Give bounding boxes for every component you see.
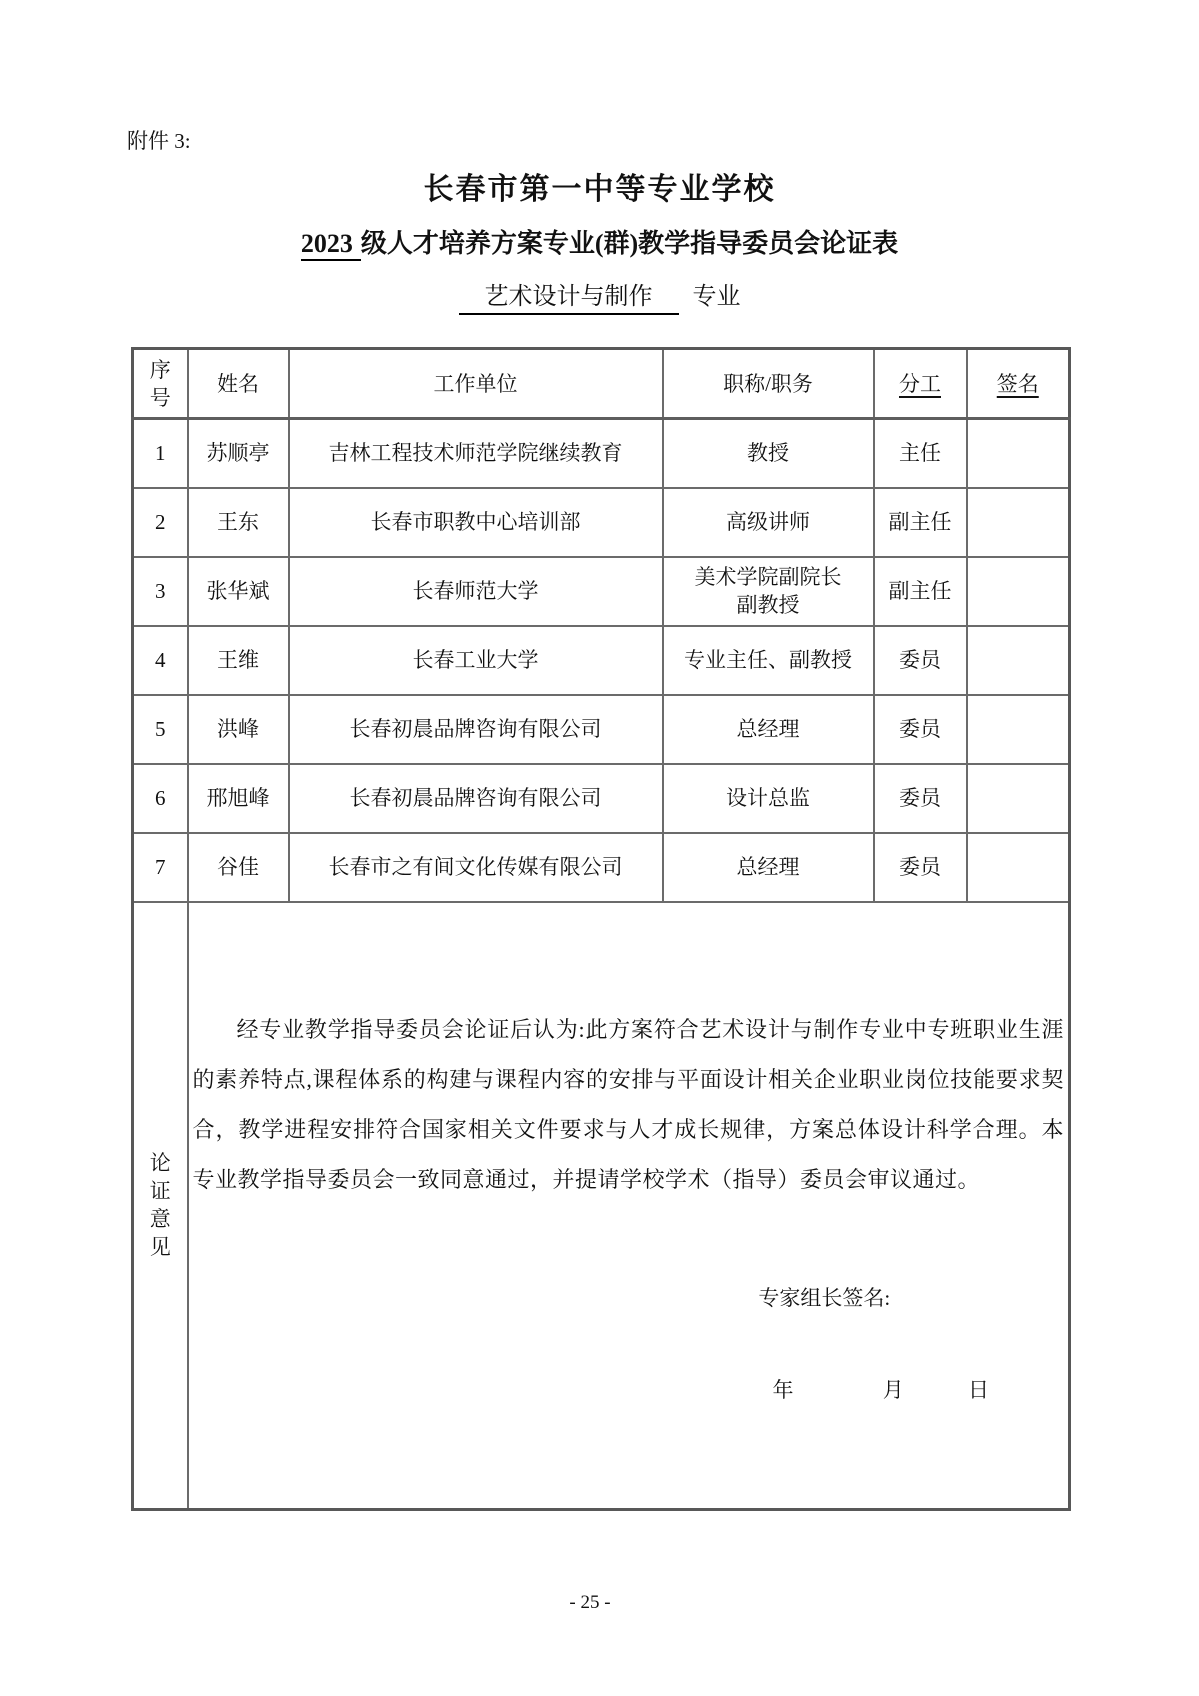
date-day-label: 日 [968, 1378, 989, 1402]
name-cell: 王维 [188, 626, 289, 695]
opinion-text: 经专业教学指导委员会论证后认为:此方案符合艺术设计与制作专业中专班职业生涯的素养… [193, 1005, 1065, 1205]
num-cell: 6 [133, 764, 188, 833]
subtitle-text: 级人才培养方案专业(群)教学指导委员会论证表 [361, 229, 898, 258]
header-signature-label: 签名 [997, 372, 1039, 396]
name-cell: 邢旭峰 [188, 764, 289, 833]
role-cell: 副主任 [874, 488, 967, 557]
header-unit: 工作单位 [289, 349, 663, 419]
document-page: 附件 3: 长春市第一中等专业学校 2023级人才培养方案专业(群)教学指导委员… [0, 0, 1199, 1696]
role-cell: 主任 [874, 419, 967, 488]
table-row: 1 苏顺亭 吉林工程技术师范学院继续教育 教授 主任 [133, 419, 1070, 488]
role-cell: 委员 [874, 695, 967, 764]
signature-cell [967, 833, 1070, 902]
expert-signature-label: 专家组长签名: [193, 1283, 1065, 1313]
page-number: - 25 - [0, 1592, 1180, 1614]
title-cell: 总经理 [663, 833, 874, 902]
table-row: 7 谷佳 长春市之有间文化传媒有限公司 总经理 委员 [133, 833, 1070, 902]
unit-cell: 长春初晨品牌咨询有限公司 [289, 764, 663, 833]
signature-cell [967, 488, 1070, 557]
title-cell: 教授 [663, 419, 874, 488]
table-row: 3 张华斌 长春师范大学 美术学院副院长 副教授 副主任 [133, 557, 1070, 626]
num-cell: 4 [133, 626, 188, 695]
header-num: 序 号 [133, 349, 188, 419]
num-cell: 5 [133, 695, 188, 764]
committee-table: 序 号 姓名 工作单位 职称/职务 分工 签名 1 苏顺亭 吉林工程技术师范学院… [131, 347, 1071, 1511]
table-row: 2 王东 长春市职教中心培训部 高级讲师 副主任 [133, 488, 1070, 557]
name-cell: 苏顺亭 [188, 419, 289, 488]
name-cell: 洪峰 [188, 695, 289, 764]
unit-cell: 长春市职教中心培训部 [289, 488, 663, 557]
role-cell: 委员 [874, 764, 967, 833]
unit-cell: 长春师范大学 [289, 557, 663, 626]
table-row: 5 洪峰 长春初晨品牌咨询有限公司 总经理 委员 [133, 695, 1070, 764]
name-cell: 谷佳 [188, 833, 289, 902]
title-cell: 总经理 [663, 695, 874, 764]
table-row: 6 邢旭峰 长春初晨品牌咨询有限公司 设计总监 委员 [133, 764, 1070, 833]
unit-cell: 长春初晨品牌咨询有限公司 [289, 695, 663, 764]
unit-cell: 吉林工程技术师范学院继续教育 [289, 419, 663, 488]
table-row: 4 王维 长春工业大学 专业主任、副教授 委员 [133, 626, 1070, 695]
header-signature: 签名 [967, 349, 1070, 419]
page-title: 长春市第一中等专业学校 [0, 170, 1199, 210]
num-cell: 2 [133, 488, 188, 557]
major-line: 艺术设计与制作专业 [0, 280, 1199, 314]
signature-cell [967, 695, 1070, 764]
role-cell: 委员 [874, 833, 967, 902]
num-cell: 3 [133, 557, 188, 626]
num-cell: 1 [133, 419, 188, 488]
name-cell: 王东 [188, 488, 289, 557]
doc-subtitle: 2023级人才培养方案专业(群)教学指导委员会论证表 [0, 226, 1199, 262]
header-role-label: 分工 [899, 372, 941, 396]
signature-cell [967, 419, 1070, 488]
role-cell: 委员 [874, 626, 967, 695]
signature-cell [967, 557, 1070, 626]
header-name: 姓名 [188, 349, 289, 419]
signature-cell [967, 764, 1070, 833]
date-year-label: 年 [773, 1378, 794, 1402]
role-cell: 副主任 [874, 557, 967, 626]
title-cell: 美术学院副院长 副教授 [663, 557, 874, 626]
opinion-content-cell: 经专业教学指导委员会论证后认为:此方案符合艺术设计与制作专业中专班职业生涯的素养… [188, 902, 1070, 1510]
signature-cell [967, 626, 1070, 695]
header-row: 序 号 姓名 工作单位 职称/职务 分工 签名 [133, 349, 1070, 419]
opinion-label: 论 证 意 见 [133, 902, 188, 1510]
name-cell: 张华斌 [188, 557, 289, 626]
major-name-underlined: 艺术设计与制作 [459, 284, 679, 315]
major-suffix: 专业 [693, 284, 741, 310]
title-cell: 专业主任、副教授 [663, 626, 874, 695]
subtitle-year-underlined: 2023 [301, 229, 361, 261]
date-line: 年 月 日 [193, 1375, 1065, 1405]
opinion-row: 论 证 意 见 经专业教学指导委员会论证后认为:此方案符合艺术设计与制作专业中专… [133, 902, 1070, 1510]
attachment-label: 附件 3: [127, 128, 1199, 154]
header-role: 分工 [874, 349, 967, 419]
title-cell: 设计总监 [663, 764, 874, 833]
unit-cell: 长春工业大学 [289, 626, 663, 695]
unit-cell: 长春市之有间文化传媒有限公司 [289, 833, 663, 902]
header-title: 职称/职务 [663, 349, 874, 419]
num-cell: 7 [133, 833, 188, 902]
title-cell: 高级讲师 [663, 488, 874, 557]
date-month-label: 月 [883, 1378, 904, 1402]
